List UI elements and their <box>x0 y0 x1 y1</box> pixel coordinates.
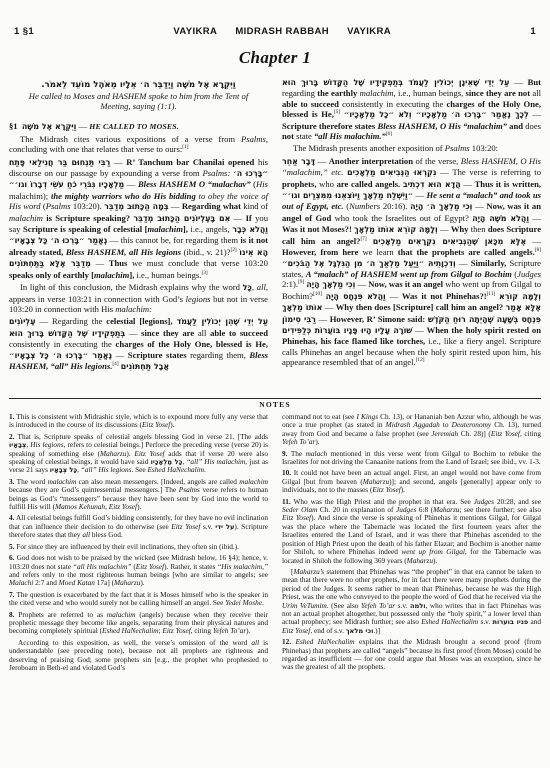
paragraph: The Midrash cites various expositions of… <box>9 134 268 155</box>
note-item: 2. That is, Scripture speaks of celestia… <box>9 433 268 475</box>
note-item: 8. Prophets are referred to as malachim … <box>9 611 268 636</box>
notes-column-right: command not to eat (see I Kings Ch. 13),… <box>282 413 541 765</box>
note-item: 11. Who was the High Priest and the prop… <box>282 498 541 565</box>
note-item-continuation: [Maharzu’s statement that Phinehas was “… <box>282 568 541 635</box>
paragraph: The Midrash presents another exposition … <box>282 143 541 153</box>
paragraph: רַבִּי תַּנְחוּם בַּר חֲנִילַאי פָּתַח —… <box>9 157 268 280</box>
header-parashah-right: VAYIKRA <box>347 26 391 37</box>
column-right: עַל יְדֵי שֶׁאֵינָן יְכוֹלִין לַעֲמֹד בְ… <box>282 77 541 391</box>
epigraph: וַיִּקְרָא אֶל מֹשֶׁה וַיְדַבֵּר ה׳ אֵלָ… <box>15 79 262 111</box>
note-item: 10. It could not have been an actual ang… <box>282 469 541 494</box>
section-heading: §1 וַיִּקְרָא אֶל מֹשֶׁה — HE CALLED TO … <box>9 121 268 132</box>
note-item: 1. This is consistent with Midrashic sty… <box>9 413 268 430</box>
notes-column-left: 1. This is consistent with Midrashic sty… <box>9 413 268 765</box>
body-columns: וַיִּקְרָא אֶל מֹשֶׁה וַיְדַבֵּר ה׳ אֵלָ… <box>9 77 541 391</box>
header-title: VAYIKRAMIDRASH RABBAHVAYIKRA <box>164 26 400 37</box>
paragraph: In light of this conclusion, the Midrash… <box>9 282 268 314</box>
notes-label: NOTES <box>9 400 541 409</box>
note-item: 7. The question is exacerbated by the fa… <box>9 591 268 608</box>
note-item: 3. The word malachim can also mean messe… <box>9 478 268 512</box>
header-parashah-left: VAYIKRA <box>173 26 217 37</box>
note-item: 6. God does not wish to be praised by th… <box>9 554 268 588</box>
page-header: 1 §1 VAYIKRAMIDRASH RABBAHVAYIKRA 1 <box>9 26 541 37</box>
note-item-continuation: command not to eat (see I Kings Ch. 13),… <box>282 413 541 447</box>
notes-divider <box>9 398 541 399</box>
notes-columns: 1. This is consistent with Midrashic sty… <box>9 413 541 765</box>
chapter-title: Chapter 1 <box>9 48 541 68</box>
note-item: 4. All celestial beings fulfill God’s bi… <box>9 514 268 539</box>
header-book-title: MIDRASH RABBAH <box>235 26 329 37</box>
note-item: 5. For since they are influenced by thei… <box>9 543 268 551</box>
column-left: וַיִּקְרָא אֶל מֹשֶׁה וַיְדַבֵּר ה׳ אֵלָ… <box>9 77 268 391</box>
header-section-ref: 1 §1 <box>14 26 34 37</box>
paragraph: עֶלְיוֹנִים — Regarding the celestial [l… <box>9 316 268 372</box>
note-item-continuation: According to this exposition, as well, t… <box>9 639 268 673</box>
paragraph: דָּבָר אַחֵר — Another interpretation of… <box>282 156 541 368</box>
epigraph-translation: He called to Moses and HASHEM spoke to h… <box>15 91 262 111</box>
epigraph-hebrew-verse: וַיִּקְרָא אֶל מֹשֶׁה וַיְדַבֵּר ה׳ אֵלָ… <box>15 79 262 91</box>
note-item: 9. The malach mentioned in this verse we… <box>282 450 541 467</box>
note-item: 12. Eshed HaNechalim explains that the M… <box>282 638 541 672</box>
header-page-number: 1 <box>530 26 536 37</box>
paragraph: עַל יְדֵי שֶׁאֵינָן יְכוֹלִין לַעֲמֹד בְ… <box>282 77 541 141</box>
book-page: 1 §1 VAYIKRAMIDRASH RABBAHVAYIKRA 1 Chap… <box>0 0 550 765</box>
notes-section: NOTES 1. This is consistent with Midrash… <box>9 398 541 765</box>
